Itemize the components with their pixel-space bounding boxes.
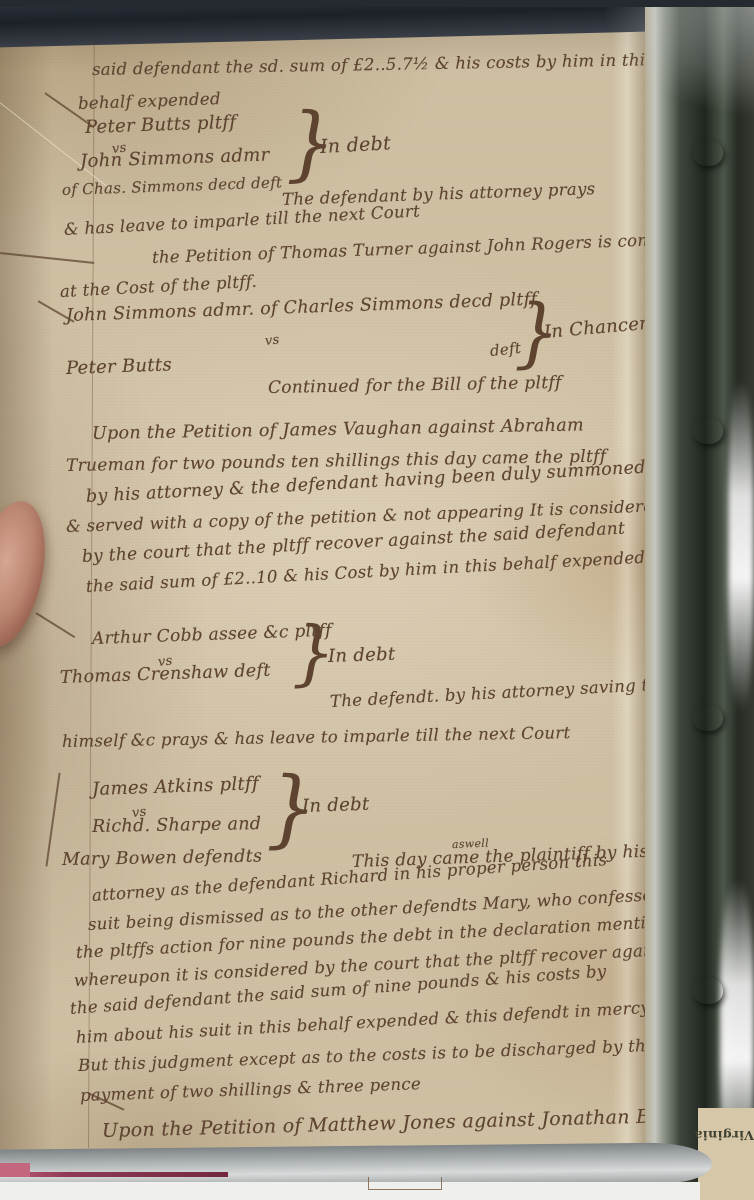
case-party-line: Richd. Sharpe and (92, 814, 262, 837)
case-party-line: Peter Butts (66, 354, 173, 379)
page-back-label: Virginia (700, 1128, 754, 1143)
top-dark-band (0, 0, 754, 7)
action-type-label: In debt (319, 132, 391, 158)
binder-post (693, 418, 723, 444)
binder-spine (645, 0, 754, 1200)
versus-abbrev: vs (264, 333, 280, 349)
binder-post (693, 978, 723, 1004)
action-type-label: In debt (302, 794, 370, 817)
case-party-line: Mary Bowen defendts (62, 847, 263, 870)
binder-post (693, 140, 723, 166)
action-type-label: In debt (328, 644, 396, 667)
plastic-sleeve-edge (596, 0, 754, 120)
spine-reflection (728, 380, 754, 710)
back-page-corner (698, 1108, 754, 1200)
table-surface (0, 1182, 700, 1200)
bracket-mark (368, 1177, 442, 1190)
binder-post (693, 705, 723, 731)
page-right-edge (612, 0, 646, 1160)
magenta-edge-line (0, 1172, 228, 1177)
manuscript-photo: 278 Whereupon it is considered by the Co… (0, 0, 754, 1200)
pink-corner-mark (0, 1163, 30, 1177)
